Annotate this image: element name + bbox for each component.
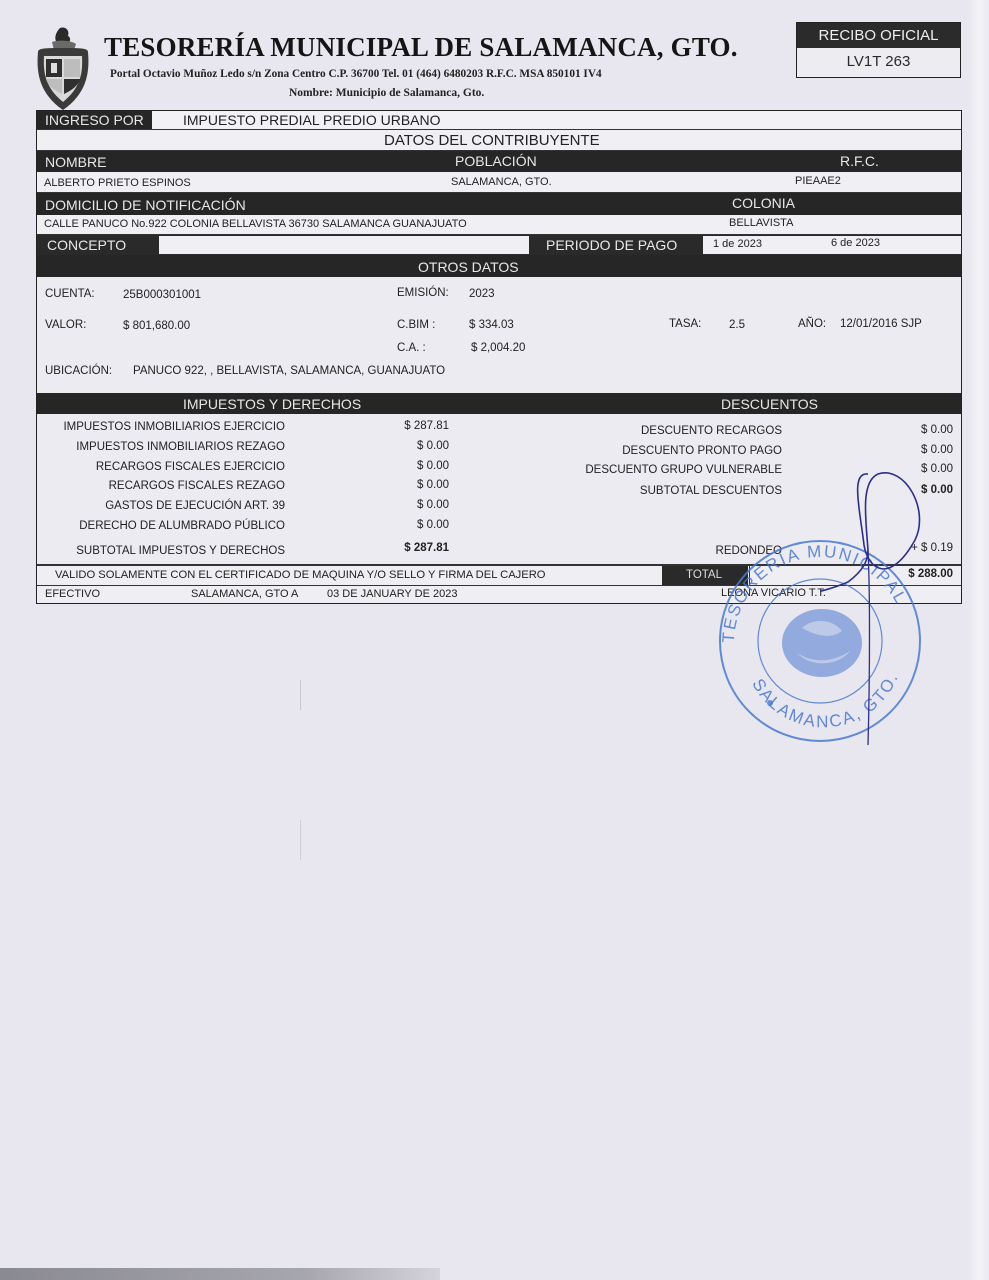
- lugar: SALAMANCA, GTO A: [191, 588, 298, 600]
- fecha: 03 DE JANUARY DE 2023: [327, 588, 457, 600]
- concepto-label: CONCEPTO: [47, 237, 126, 253]
- ingreso-row: INGRESO POR IMPUESTO PREDIAL PREDIO URBA…: [37, 111, 961, 130]
- concepto-value-cell: [159, 236, 529, 254]
- descuento-item-amount: $ 0.00: [887, 444, 953, 456]
- emision-label: EMISIÓN:: [397, 287, 449, 299]
- domicilio-header-bar: DOMICILIO DE NOTIFICACIÓN COLONIA: [37, 193, 961, 215]
- impuesto-item-label: IMPUESTOS INMOBILIARIOS EJERCICIO: [57, 421, 285, 433]
- impuesto-item-amount: $ 0.00: [377, 519, 449, 531]
- domicilio-label: DOMICILIO DE NOTIFICACIÓN: [45, 197, 246, 213]
- rfc-value: PIEAAE2: [795, 175, 841, 187]
- descuentos-subtotal-label: SUBTOTAL DESCUENTOS: [567, 485, 782, 497]
- periodo-label: PERIODO DE PAGO: [546, 237, 677, 253]
- impuesto-item-amount: $ 0.00: [377, 460, 449, 472]
- impuestos-subtotal-amount: $ 287.81: [377, 542, 449, 554]
- ingreso-value: IMPUESTO PREDIAL PREDIO URBANO: [183, 112, 441, 128]
- cuenta-label: CUENTA:: [45, 288, 95, 300]
- scan-artifact: [300, 820, 301, 860]
- descuento-item-label: DESCUENTO PRONTO PAGO: [537, 445, 782, 457]
- otros-datos-bar: OTROS DATOS: [37, 255, 961, 277]
- colonia-label: COLONIA: [732, 195, 795, 211]
- impuesto-item-label: DERECHO DE ALUMBRADO PÚBLICO: [57, 520, 285, 532]
- impuesto-item-amount: $ 0.00: [377, 440, 449, 452]
- impuesto-item-label: GASTOS DE EJECUCIÓN ART. 39: [57, 500, 285, 512]
- cbim-value: $ 334.03: [469, 319, 514, 331]
- cbim-label: C.BIM :: [397, 319, 435, 331]
- contribuyente-title-row: DATOS DEL CONTRIBUYENTE: [37, 130, 961, 151]
- tasa-value: 2.5: [729, 319, 745, 331]
- poblacion-value: SALAMANCA, GTO.: [451, 176, 552, 188]
- impuestos-title: IMPUESTOS Y DERECHOS: [183, 396, 361, 412]
- forma-pago: EFECTIVO: [45, 588, 100, 600]
- impuesto-item-amount: $ 0.00: [377, 479, 449, 491]
- page-title: TESORERÍA MUNICIPAL DE SALAMANCA, GTO.: [104, 32, 738, 63]
- ubicacion-value: PANUCO 922, , BELLAVISTA, SALAMANCA, GUA…: [133, 365, 445, 377]
- descuento-item-label: DESCUENTO GRUPO VULNERABLE: [537, 464, 782, 476]
- ubicacion-label: UBICACIÓN:: [45, 365, 112, 377]
- scan-artifact: [300, 680, 301, 710]
- anio-value: 12/01/2016 SJP: [840, 318, 922, 330]
- impuesto-item-label: RECARGOS FISCALES EJERCICIO: [57, 461, 285, 473]
- impuestos-subtotal-label: SUBTOTAL IMPUESTOS Y DERECHOS: [75, 545, 285, 557]
- rfc-label: R.F.C.: [840, 153, 879, 169]
- descuento-item-amount: $ 0.00: [887, 424, 953, 436]
- periodo-value-cell: 1 de 2023 6 de 2023: [703, 236, 961, 254]
- cuenta-value: 25B000301001: [123, 289, 201, 301]
- scan-edge: [968, 0, 989, 1280]
- nombre-value-row: ALBERTO PRIETO ESPINOS SALAMANCA, GTO. P…: [37, 172, 961, 193]
- impuesto-item-label: IMPUESTOS INMOBILIARIOS REZAGO: [57, 441, 285, 453]
- nombre-label: NOMBRE: [45, 154, 106, 170]
- domicilio-value-row: CALLE PANUCO No.922 COLONIA BELLAVISTA 3…: [37, 215, 961, 235]
- validez-text: VALIDO SOLAMENTE CON EL CERTIFICADO DE M…: [55, 569, 546, 581]
- impuesto-item-amount: $ 287.81: [377, 420, 449, 432]
- periodo-desde: 1 de 2023: [713, 238, 762, 250]
- cashier-signature-icon: [820, 470, 980, 750]
- receipt-number-box: RECIBO OFICIAL LV1T 263: [796, 22, 961, 78]
- municipality-name: Nombre: Municipio de Salamanca, Gto.: [289, 87, 484, 99]
- poblacion-label: POBLACIÓN: [455, 153, 537, 169]
- receipt-label: RECIBO OFICIAL: [797, 23, 960, 48]
- valor-value: $ 801,680.00: [123, 320, 190, 332]
- concepto-row: CONCEPTO PERIODO DE PAGO 1 de 2023 6 de …: [37, 235, 961, 255]
- ca-value: $ 2,004.20: [471, 342, 525, 354]
- ingreso-label: INGRESO POR: [45, 112, 144, 128]
- descuento-item-label: DESCUENTO RECARGOS: [537, 425, 782, 437]
- impuesto-item-label: RECARGOS FISCALES REZAGO: [57, 480, 285, 492]
- valor-label: VALOR:: [45, 319, 86, 331]
- ingreso-label-cell: INGRESO POR: [37, 111, 152, 129]
- municipal-coat-of-arms-icon: [32, 26, 94, 112]
- receipt-number: LV1T 263: [797, 48, 960, 76]
- ca-label: C.A. :: [397, 342, 426, 354]
- nombre-value: ALBERTO PRIETO ESPINOS: [44, 177, 191, 189]
- impuestos-descuentos-bar: IMPUESTOS Y DERECHOS DESCUENTOS: [37, 393, 961, 414]
- scan-edge: [0, 1268, 440, 1280]
- treasury-address: Portal Octavio Muñoz Ledo s/n Zona Centr…: [110, 68, 602, 80]
- impuesto-item-amount: $ 0.00: [377, 499, 449, 511]
- contribuyente-section-title: DATOS DEL CONTRIBUYENTE: [384, 132, 600, 149]
- colonia-value: BELLAVISTA: [729, 217, 793, 229]
- domicilio-value: CALLE PANUCO No.922 COLONIA BELLAVISTA 3…: [44, 218, 467, 230]
- tasa-label: TASA:: [669, 318, 701, 330]
- periodo-hasta: 6 de 2023: [831, 237, 880, 249]
- nombre-header-bar: NOMBRE POBLACIÓN R.F.C.: [37, 151, 961, 172]
- emision-value: 2023: [469, 288, 495, 300]
- anio-label: AÑO:: [798, 318, 826, 330]
- otros-datos-title: OTROS DATOS: [418, 259, 519, 275]
- descuentos-title: DESCUENTOS: [721, 396, 818, 412]
